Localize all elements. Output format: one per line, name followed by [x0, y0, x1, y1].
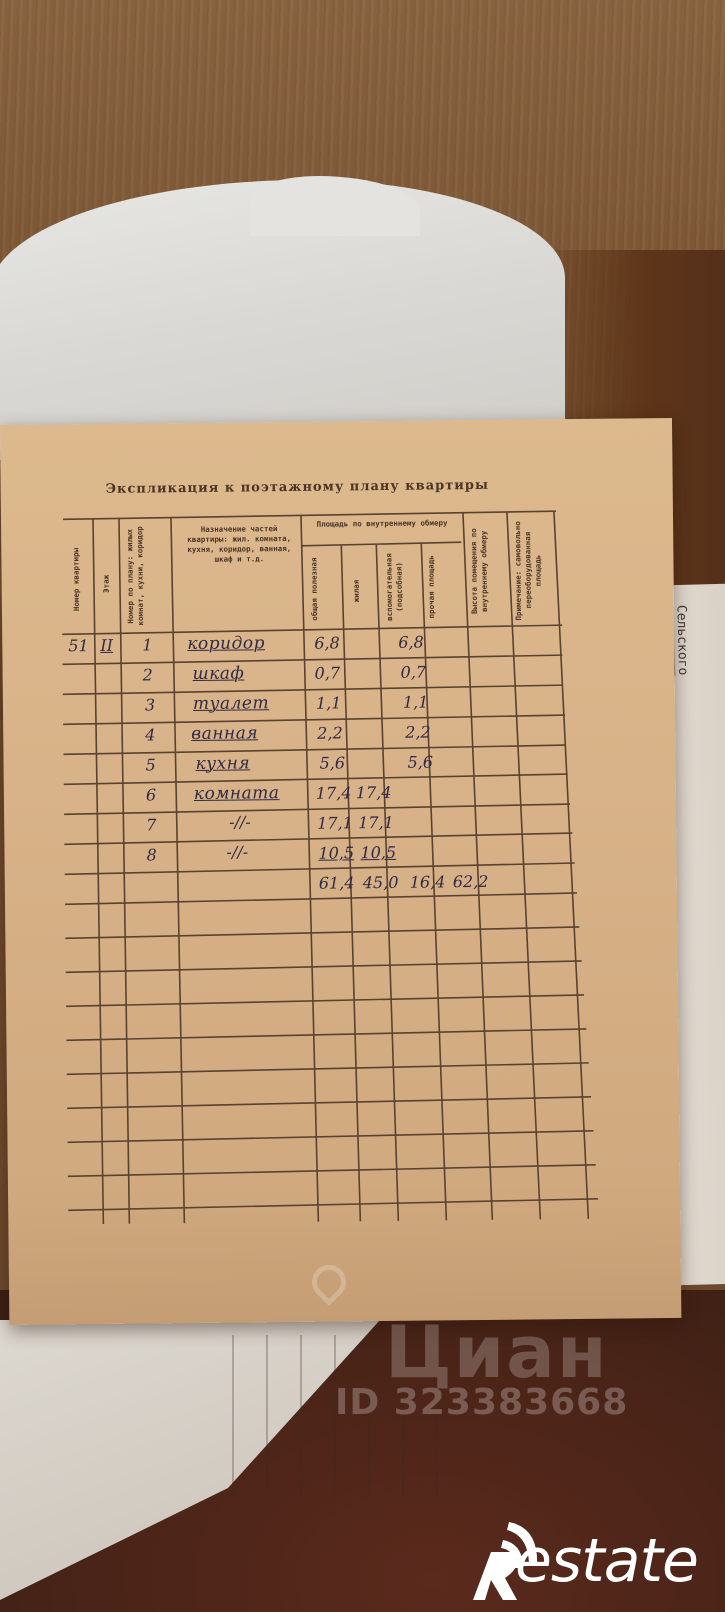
- cell-purpose: туалет: [193, 693, 269, 714]
- header-area-living: жилая: [351, 561, 372, 621]
- cell-no: 6: [146, 785, 156, 804]
- cell-purpose: шкаф: [193, 663, 245, 684]
- cell-purpose: коридор: [187, 633, 265, 654]
- cell-purpose: ванная: [191, 723, 258, 744]
- total-living: 45,0: [363, 873, 399, 892]
- header-height: Высота помещения по внутреннему обмеру: [469, 518, 506, 624]
- cell-total: 2,2: [317, 723, 343, 742]
- cell-no: 5: [145, 755, 155, 774]
- cell-total: 10,5: [318, 843, 354, 862]
- cell-no: 3: [145, 695, 155, 714]
- cian-id-watermark: ID 323383668: [335, 1382, 628, 1423]
- header-floor: Этаж: [101, 554, 114, 614]
- total-grand: 62,2: [453, 872, 489, 891]
- cell-auxiliary: 1,1: [403, 693, 429, 712]
- cell-total: 17,1: [317, 813, 353, 832]
- cell-floor: II: [100, 636, 113, 655]
- cell-auxiliary: 5,6: [407, 752, 433, 771]
- total-auxiliary: 16,4: [410, 872, 446, 891]
- cell-auxiliary: 2,2: [405, 723, 431, 742]
- cell-no: 2: [143, 665, 153, 684]
- header-apartment-no: Номер квартиры: [71, 529, 86, 629]
- header-area-other: прочая площадь: [426, 548, 461, 624]
- cell-living: 10,5: [360, 843, 396, 862]
- cell-purpose: -//-: [229, 812, 251, 831]
- cell-purpose: комната: [194, 783, 280, 804]
- header-room-no: Номер по плану: жилых комнат, кухни, кор…: [125, 523, 170, 628]
- header-area-auxiliary: вспомогательная (подсобная): [384, 549, 419, 625]
- cell-living: 17,4: [356, 783, 392, 802]
- cell-no: 4: [145, 725, 155, 744]
- cell-no: 7: [146, 815, 156, 834]
- cell-auxiliary: 0,7: [401, 663, 427, 682]
- cell-total: 5,6: [319, 753, 345, 772]
- header-purpose: Назначение частей квартиры: жил. комната…: [179, 524, 299, 565]
- restate-wordmark: estate: [515, 1526, 698, 1596]
- cell-no: 1: [142, 635, 152, 654]
- header-notes: Примечание: самовольно переоборудованная…: [513, 517, 554, 623]
- cell-total: 0,7: [315, 663, 341, 682]
- cell-apartment: 51: [68, 636, 89, 655]
- cell-living: 17,1: [358, 813, 394, 832]
- cell-total: 6,8: [314, 633, 340, 652]
- header-area-group: Площадь по внутреннему обмеру: [303, 518, 461, 530]
- cell-total: 1,1: [316, 693, 342, 712]
- cell-purpose: кухня: [195, 753, 250, 774]
- restate-logo: estate: [465, 1500, 725, 1610]
- cell-purpose: -//-: [226, 842, 248, 861]
- cell-no: 8: [146, 845, 156, 864]
- cell-auxiliary: 6,8: [398, 633, 424, 652]
- total-area: 61,4: [319, 873, 355, 892]
- rear-doc-line-1: Сельского: [673, 605, 690, 676]
- cell-total: 17,4: [316, 783, 352, 802]
- page-title: Экспликация к поэтажному плану квартиры: [106, 477, 526, 496]
- explication-page: Экспликация к поэтажному плану квартиры: [0, 418, 681, 1325]
- header-area-total: общая полезная: [309, 551, 340, 625]
